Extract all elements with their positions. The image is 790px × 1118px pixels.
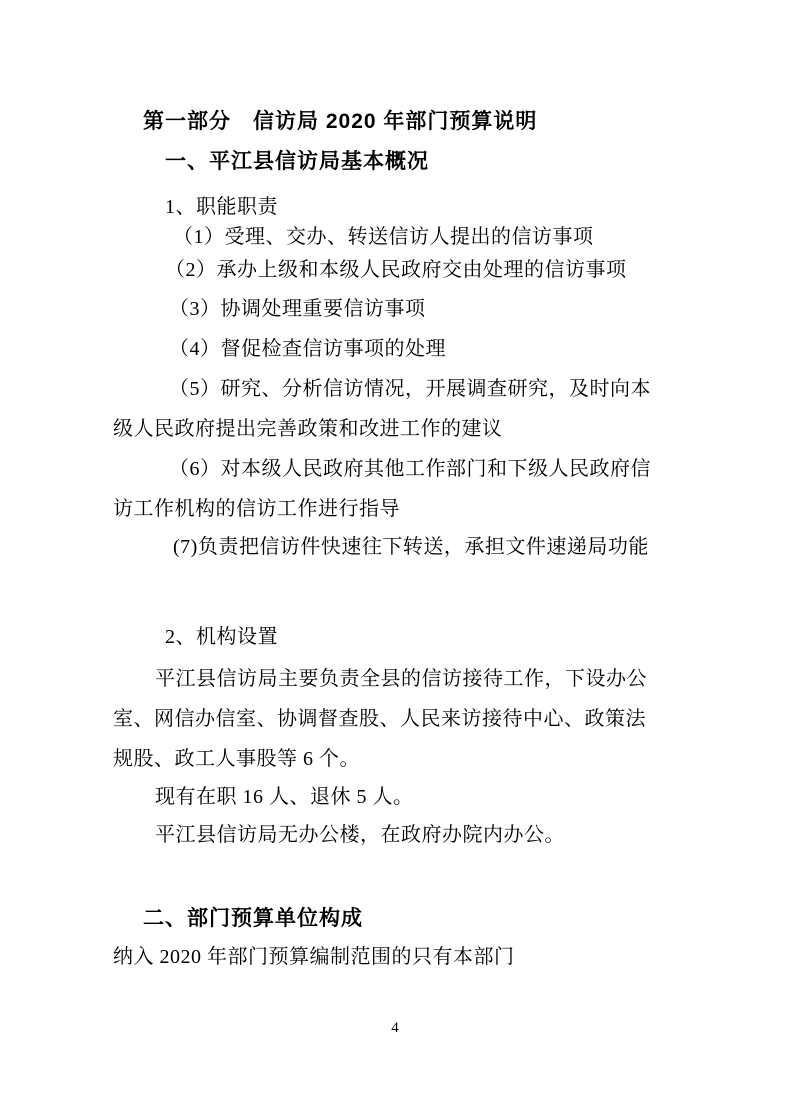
org-setup-line3: 规股、政工人事股等 6 个。 [113, 739, 679, 779]
section-basic-overview-heading: 一、平江县信访局基本概况 [113, 142, 679, 182]
function-item-5-line2: 级人民政府提出完善政策和改进工作的建议 [113, 409, 679, 449]
budget-scope-line: 纳入 2020 年部门预算编制范围的只有本部门 [113, 937, 679, 977]
section-budget-units-heading: 二、部门预算单位构成 [113, 899, 679, 939]
function-item-7: (7)负责把信访件快速往下转送，承担文件速递局功能 [113, 527, 679, 567]
doc-title: 第一部分 信访局 2020 年部门预算说明 [113, 102, 679, 142]
function-item-6-line2: 访工作机构的信访工作进行指导 [113, 489, 679, 529]
org-setup-line1: 平江县信访局主要负责全县的信访接待工作，下设办公 [113, 659, 679, 699]
document-page: 第一部分 信访局 2020 年部门预算说明 一、平江县信访局基本概况 1、职能职… [0, 0, 790, 1118]
org-setup-line2: 室、网信办信室、协调督查股、人民来访接待中心、政策法 [113, 699, 679, 739]
function-item-3: （3）协调处理重要信访事项 [113, 289, 679, 329]
org-setup-heading: 2、机构设置 [113, 617, 679, 657]
function-item-2: （2）承办上级和本级人民政府交由处理的信访事项 [113, 250, 679, 290]
office-location-line: 平江县信访局无办公楼，在政府办院内办公。 [113, 815, 679, 855]
function-item-6-line1: （6）对本级人民政府其他工作部门和下级人民政府信 [113, 449, 679, 489]
function-item-4: （4）督促检查信访事项的处理 [113, 329, 679, 369]
document-body: 第一部分 信访局 2020 年部门预算说明 一、平江县信访局基本概况 1、职能职… [113, 102, 679, 977]
staff-count-line: 现有在职 16 人、退休 5 人。 [113, 777, 679, 817]
page-number: 4 [0, 1016, 790, 1040]
function-item-5-line1: （5）研究、分析信访情况，开展调查研究，及时向本 [113, 369, 679, 409]
